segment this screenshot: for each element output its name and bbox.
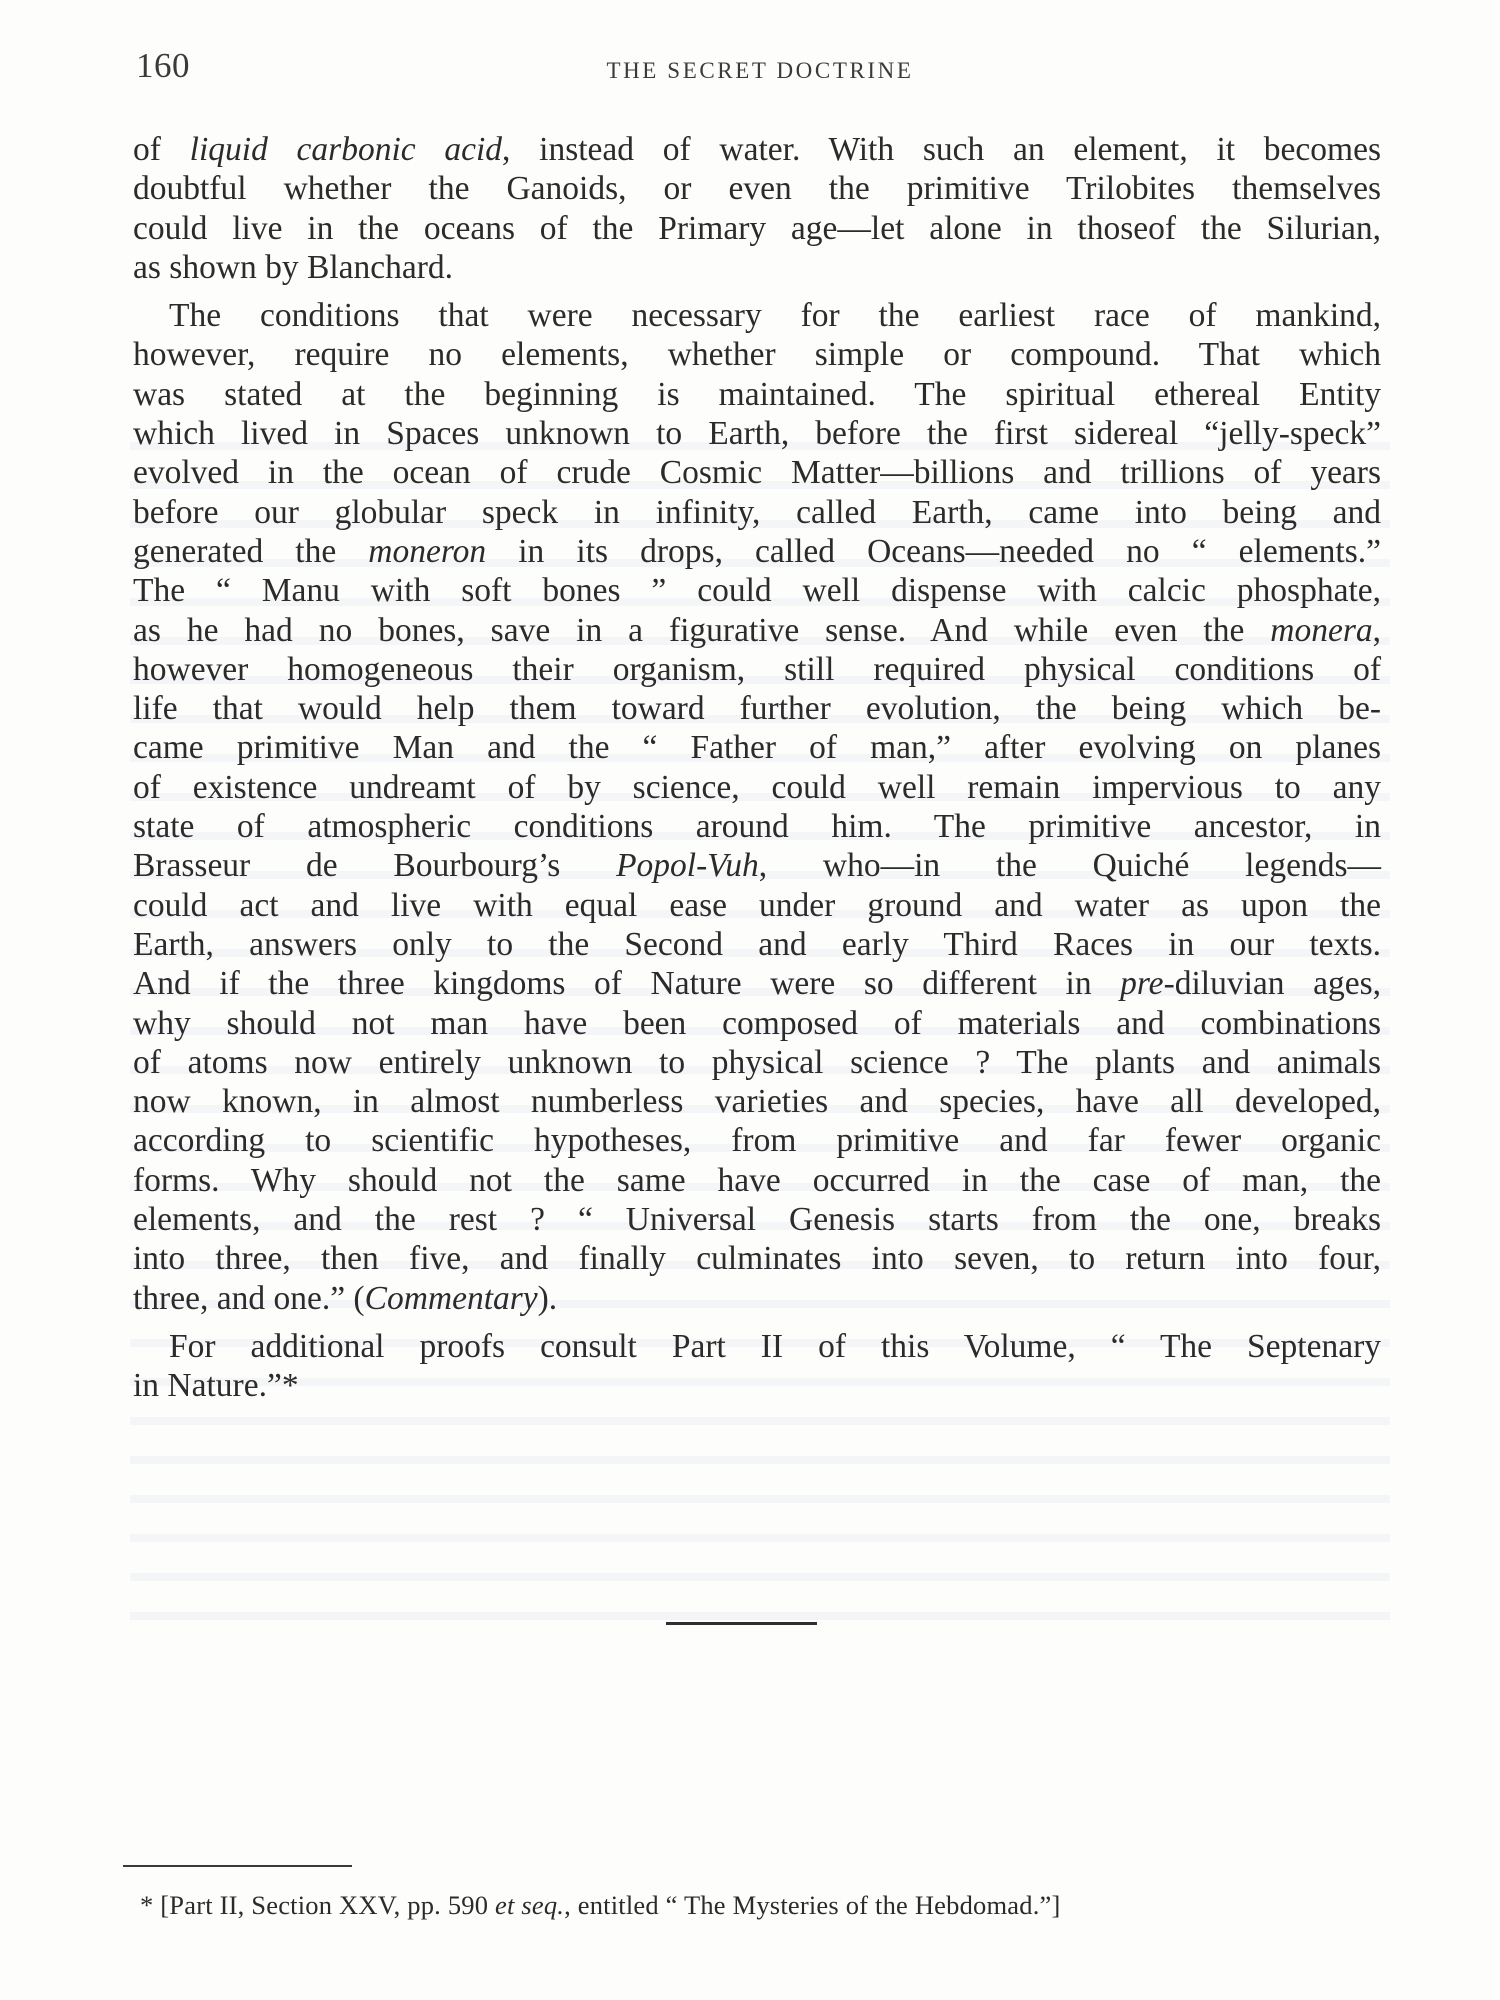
text-run: The “ Manu with soft bones ” could well … <box>133 572 1381 609</box>
text-run: ). <box>538 1280 558 1317</box>
text-line: why should not man have been composed of… <box>133 1004 1381 1043</box>
text-line: elements, and the rest ? “ Universal Gen… <box>133 1200 1381 1239</box>
text-run: , instead of water. With such an element… <box>502 131 1381 168</box>
text-line: doubtful whether the Ganoids, or even th… <box>133 169 1381 208</box>
footnote-separator-rule <box>123 1865 352 1867</box>
text-line: Brasseur de Bourbourg’s Popol-Vuh, who—i… <box>133 846 1381 885</box>
text-run: however, require no elements, whether si… <box>133 336 1381 373</box>
text-line: And if the three kingdoms of Nature were… <box>133 964 1381 1003</box>
text-run: The conditions that were necessary for t… <box>169 297 1381 334</box>
text-line: now known, in almost numberless varietie… <box>133 1082 1381 1121</box>
text-run: could live in the oceans of the Primary … <box>133 210 1381 247</box>
text-line: The “ Manu with soft bones ” could well … <box>133 571 1381 610</box>
text-run: state of atmospheric conditions around h… <box>133 808 1381 845</box>
text-run: evolved in the ocean of crude Cosmic Mat… <box>133 454 1381 491</box>
section-end-rule <box>666 1622 817 1625</box>
text-line: was stated at the beginning is maintaine… <box>133 375 1381 414</box>
text-run: of atoms now entirely unknown to physica… <box>133 1044 1381 1081</box>
italic-text: pre <box>1120 965 1163 1002</box>
text-run: three, and one.” ( <box>133 1280 365 1317</box>
text-run: in its drops, called Oceans—needed no “ … <box>486 533 1381 570</box>
text-run: however homogeneous their organism, stil… <box>133 651 1381 688</box>
italic-text: moneron <box>368 533 486 570</box>
text-run: , entitled “ The Mysteries of the Hebdom… <box>564 1890 1060 1920</box>
text-run: could act and live with equal ease under… <box>133 887 1381 924</box>
paragraph-gap <box>133 1318 1381 1327</box>
text-run: -diluvian ages, <box>1164 965 1381 1002</box>
text-line: could act and live with equal ease under… <box>133 886 1381 925</box>
text-line: according to scientific hypotheses, from… <box>133 1121 1381 1160</box>
text-line: in Nature.”* <box>133 1366 1381 1405</box>
text-run: Earth, answers only to the Second and ea… <box>133 926 1381 963</box>
text-line: state of atmospheric conditions around h… <box>133 807 1381 846</box>
text-line: into three, then five, and finally culmi… <box>133 1239 1381 1278</box>
text-run: according to scientific hypotheses, from… <box>133 1122 1381 1159</box>
text-run: , who—in the Quiché legends— <box>759 847 1381 884</box>
text-line: however, require no elements, whether si… <box>133 335 1381 374</box>
text-run: as shown by Blanchard. <box>133 249 453 286</box>
text-line: of atoms now entirely unknown to physica… <box>133 1043 1381 1082</box>
italic-text: Popol-Vuh <box>616 847 759 884</box>
text-run: in Nature.”* <box>133 1367 299 1404</box>
text-line: For additional proofs consult Part II of… <box>133 1327 1381 1366</box>
text-line: before our globular speck in infinity, c… <box>133 493 1381 532</box>
text-line: which lived in Spaces unknown to Earth, … <box>133 414 1381 453</box>
text-line: generated the moneron in its drops, call… <box>133 532 1381 571</box>
text-line: Earth, answers only to the Second and ea… <box>133 925 1381 964</box>
paragraph: For additional proofs consult Part II of… <box>133 1327 1381 1406</box>
text-run: of existence undreamt of by science, cou… <box>133 769 1381 806</box>
footnote: * [Part II, Section XXV, pp. 590 et seq.… <box>140 1890 1061 1921</box>
paragraph: of liquid carbonic acid, instead of wate… <box>133 130 1381 287</box>
italic-text: Commentary <box>365 1280 538 1317</box>
text-line: as he had no bones, save in a figurative… <box>133 611 1381 650</box>
text-run: life that would help them toward further… <box>133 690 1381 727</box>
text-line: however homogeneous their organism, stil… <box>133 650 1381 689</box>
text-run: And if the three kingdoms of Nature were… <box>133 965 1120 1002</box>
text-line: came primitive Man and the “ Father of m… <box>133 728 1381 767</box>
body-text: of liquid carbonic acid, instead of wate… <box>133 130 1381 1406</box>
text-run: * [Part II, Section XXV, pp. 590 <box>140 1890 495 1920</box>
text-run: doubtful whether the Ganoids, or even th… <box>133 170 1381 207</box>
text-run: generated the <box>133 533 368 570</box>
text-run: was stated at the beginning is maintaine… <box>133 376 1381 413</box>
text-run: Brasseur de Bourbourg’s <box>133 847 616 884</box>
italic-text: monera <box>1270 612 1372 649</box>
text-run: into three, then five, and finally culmi… <box>133 1240 1381 1277</box>
text-run: which lived in Spaces unknown to Earth, … <box>133 415 1381 452</box>
paragraph: The conditions that were necessary for t… <box>133 296 1381 1318</box>
text-run: why should not man have been composed of… <box>133 1005 1381 1042</box>
italic-text: liquid carbonic acid <box>190 131 502 168</box>
text-run: of <box>133 131 190 168</box>
text-run: forms. Why should not the same have occu… <box>133 1162 1381 1199</box>
text-line: of liquid carbonic acid, instead of wate… <box>133 130 1381 169</box>
text-line: evolved in the ocean of crude Cosmic Mat… <box>133 453 1381 492</box>
text-line: could live in the oceans of the Primary … <box>133 209 1381 248</box>
text-line: as shown by Blanchard. <box>133 248 1381 287</box>
text-line: life that would help them toward further… <box>133 689 1381 728</box>
text-run: before our globular speck in infinity, c… <box>133 494 1381 531</box>
italic-text: et seq. <box>495 1890 564 1920</box>
text-run: elements, and the rest ? “ Universal Gen… <box>133 1201 1381 1238</box>
text-line: The conditions that were necessary for t… <box>133 296 1381 335</box>
text-line: of existence undreamt of by science, cou… <box>133 768 1381 807</box>
running-title: THE SECRET DOCTRINE <box>0 58 1500 84</box>
text-run: as he had no bones, save in a figurative… <box>133 612 1270 649</box>
text-run: now known, in almost numberless varietie… <box>133 1083 1381 1120</box>
text-run: , <box>1373 612 1381 649</box>
text-line: three, and one.” (Commentary). <box>133 1279 1381 1318</box>
text-run: came primitive Man and the “ Father of m… <box>133 729 1381 766</box>
text-run: For additional proofs consult Part II of… <box>169 1328 1381 1365</box>
paragraph-gap <box>133 287 1381 296</box>
text-line: forms. Why should not the same have occu… <box>133 1161 1381 1200</box>
